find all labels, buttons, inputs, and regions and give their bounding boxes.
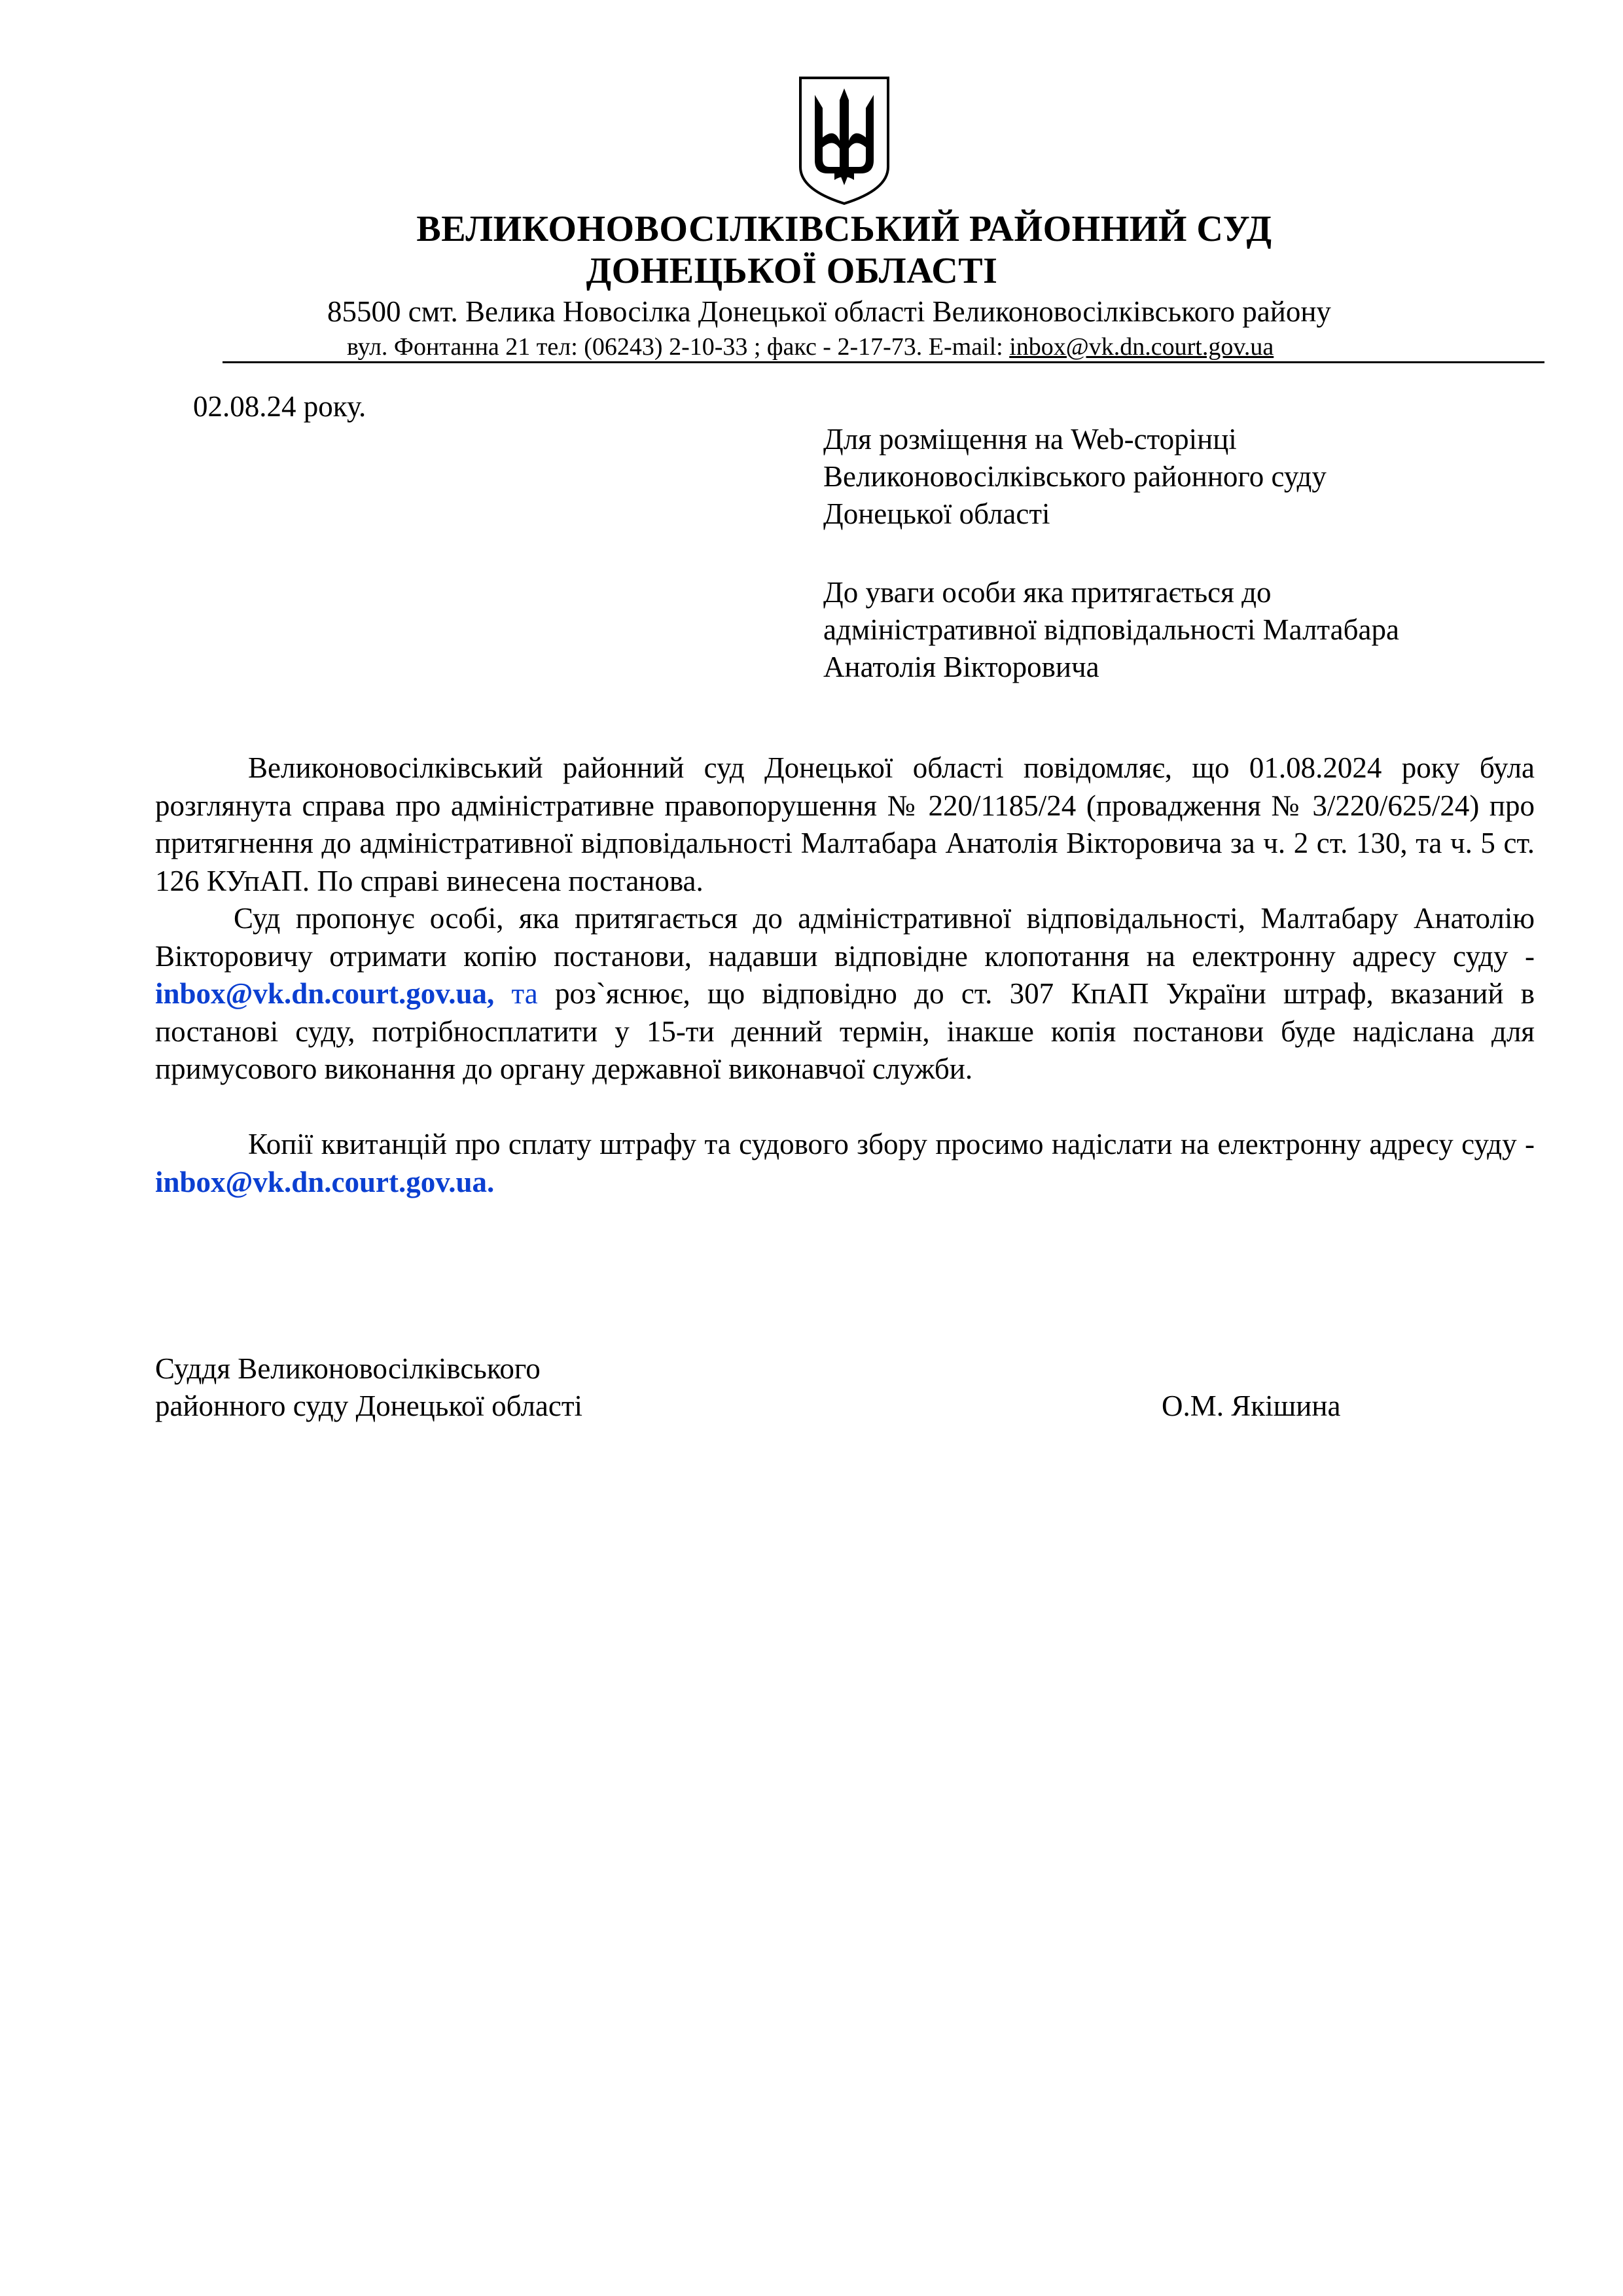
addressee-line: Донецької області xyxy=(823,495,1543,533)
court-address: 85500 смт. Велика Новосілка Донецької об… xyxy=(327,295,1479,329)
tryzub-coat-of-arms-icon xyxy=(795,75,893,206)
header-email-link[interactable]: inbox@vk.dn.court.gov.ua xyxy=(1009,333,1274,361)
body-paragraph-1: Великоновосілківський районний суд Донец… xyxy=(155,749,1535,900)
addressee-block-person: До уваги особи яка притягається до адмін… xyxy=(823,574,1543,686)
signer-name: О.М. Якішина xyxy=(1162,1388,1340,1425)
addressee-line: Великоновосілківського районного суду xyxy=(823,458,1543,495)
signature-title-line: районного суду Донецької області xyxy=(155,1388,582,1425)
conjunction-text: та xyxy=(494,977,537,1010)
addressee-line: Анатолія Вікторовича xyxy=(823,649,1543,686)
court-name-line1: ВЕЛИКОНОВОСІЛКІВСЬКИЙ РАЙОННИЙ СУД xyxy=(33,208,1623,250)
court-email-link[interactable]: inbox@vk.dn.court.gov.ua. xyxy=(155,1166,494,1198)
court-name-line2: ДОНЕЦЬКОЇ ОБЛАСТІ xyxy=(0,250,1603,292)
paragraph-text-part: Копії квитанцій про сплату штрафу та суд… xyxy=(248,1128,1535,1160)
contacts-text: вул. Фонтанна 21 тел: (06243) 2-10-33 ; … xyxy=(347,333,1009,361)
court-contacts: вул. Фонтанна 21 тел: (06243) 2-10-33 ; … xyxy=(347,332,1499,361)
paragraph-text: Суд пропонує особі, яка притягається до … xyxy=(155,900,1535,1088)
body-paragraph-3: Копії квитанцій про сплату штрафу та суд… xyxy=(155,1126,1535,1201)
court-email-link[interactable]: inbox@vk.dn.court.gov.ua, xyxy=(155,977,494,1010)
addressee-line: До уваги особи яка притягається до xyxy=(823,574,1543,611)
body-paragraph-2: Суд пропонує особі, яка притягається до … xyxy=(155,900,1535,1088)
paragraph-text: Копії квитанцій про сплату штрафу та суд… xyxy=(155,1126,1535,1201)
addressee-line: адміністративної відповідальності Малтаб… xyxy=(823,611,1543,649)
document-page: ВЕЛИКОНОВОСІЛКІВСЬКИЙ РАЙОННИЙ СУД ДОНЕЦ… xyxy=(0,0,1623,2296)
addressee-block-web: Для розміщення на Web-сторінці Великонов… xyxy=(823,421,1543,533)
signature-title-line: Суддя Великоновосілківського xyxy=(155,1350,582,1388)
addressee-line: Для розміщення на Web-сторінці xyxy=(823,421,1543,458)
document-date: 02.08.24 року. xyxy=(193,389,366,423)
header-divider xyxy=(223,361,1544,363)
paragraph-text-part: Суд пропонує особі, яка притягається до … xyxy=(155,902,1535,973)
signature-title: Суддя Великоновосілківського районного с… xyxy=(155,1350,582,1425)
paragraph-text: Великоновосілківський районний суд Донец… xyxy=(155,749,1535,900)
